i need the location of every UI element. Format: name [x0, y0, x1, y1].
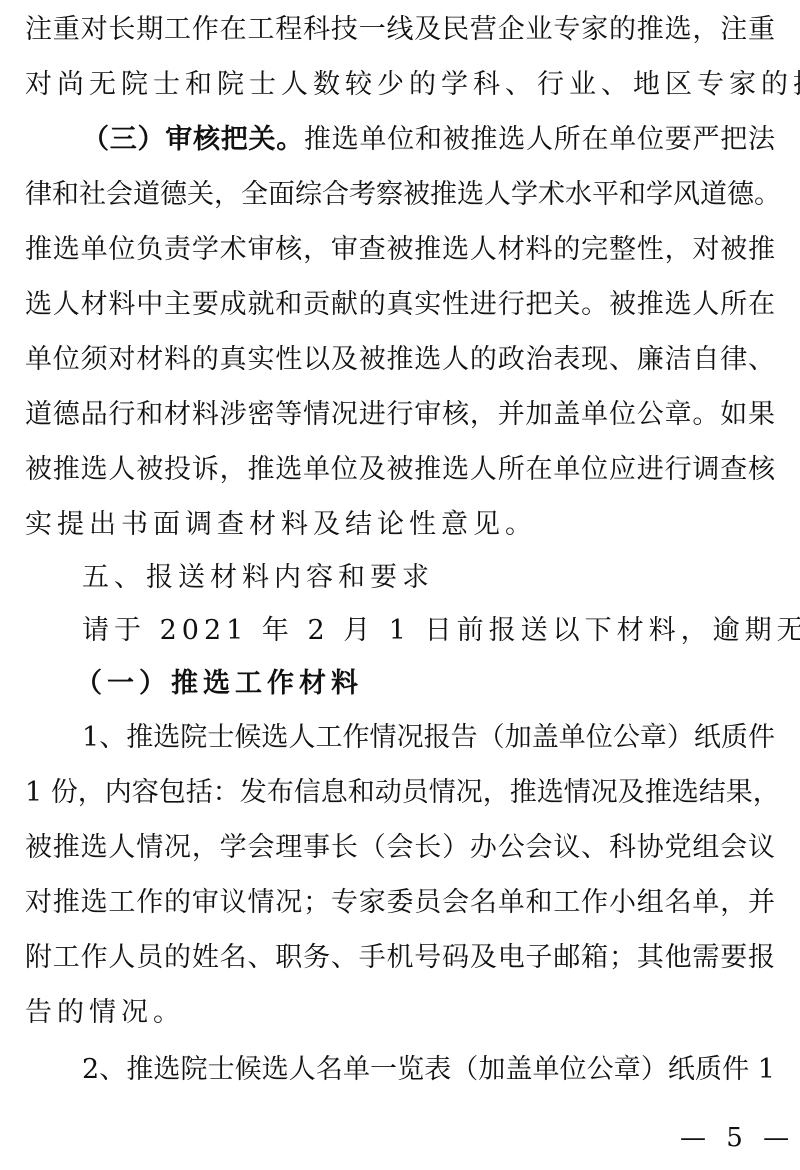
- paragraph-line: 实提出书面调查材料及结论性意见。: [25, 505, 775, 545]
- paragraph-line: 对尚无院士和院士人数较少的学科、行业、地区专家的推选。: [25, 65, 775, 105]
- section-3-text: 推选单位和被推选人所在单位要严把法: [304, 124, 775, 155]
- paragraph-line: 被推选人情况，学会理事长（会长）办公会议、科协党组会议: [25, 828, 775, 868]
- paragraph-line: 律和社会道德关，全面综合考察被推选人学术水平和学风道德。: [25, 175, 775, 215]
- paragraph-line: 告的情况。: [25, 993, 775, 1033]
- paragraph-line: 附工作人员的姓名、职务、手机号码及电子邮箱；其他需要报: [25, 938, 775, 978]
- document-page: 注重对长期工作在工程科技一线及民营企业专家的推选，注重 对尚无院士和院士人数较少…: [0, 0, 800, 1170]
- paragraph-line: 选人材料中主要成就和贡献的真实性进行把关。被推选人所在: [25, 285, 775, 325]
- paragraph-line: 被推选人被投诉，推选单位及被推选人所在单位应进行调查核: [25, 450, 775, 490]
- item-2-first-line: 2、推选院士候选人名单一览表（加盖单位公章）纸质件 1: [82, 1050, 775, 1090]
- section-3-first-line: （三）审核把关。推选单位和被推选人所在单位要严把法: [82, 120, 775, 160]
- deadline-line: 请于 2021 年 2 月 1 日前报送以下材料，逾期无效。: [82, 611, 800, 651]
- section-3-heading: （三）审核把关。: [82, 124, 304, 155]
- subsection-1-heading: （一）推选工作材料: [75, 664, 363, 704]
- paragraph-line: 推选单位负责学术审核，审查被推选人材料的完整性，对被推: [25, 230, 775, 270]
- paragraph-line: 单位须对材料的真实性以及被推选人的政治表现、廉洁自律、: [25, 340, 775, 380]
- section-5-heading: 五、报送材料内容和要求: [82, 558, 434, 598]
- paragraph-line: 1 份，内容包括：发布信息和动员情况，推选情况及推选结果，: [25, 773, 775, 813]
- page-number: — 5 —: [680, 1120, 795, 1156]
- paragraph-line: 道德品行和材料涉密等情况进行审核，并加盖单位公章。如果: [25, 395, 775, 435]
- paragraph-line: 对推选工作的审议情况；专家委员会名单和工作小组名单，并: [25, 883, 775, 923]
- paragraph-line: 注重对长期工作在工程科技一线及民营企业专家的推选，注重: [25, 10, 775, 50]
- item-1-first-line: 1、推选院士候选人工作情况报告（加盖单位公章）纸质件: [82, 718, 775, 758]
